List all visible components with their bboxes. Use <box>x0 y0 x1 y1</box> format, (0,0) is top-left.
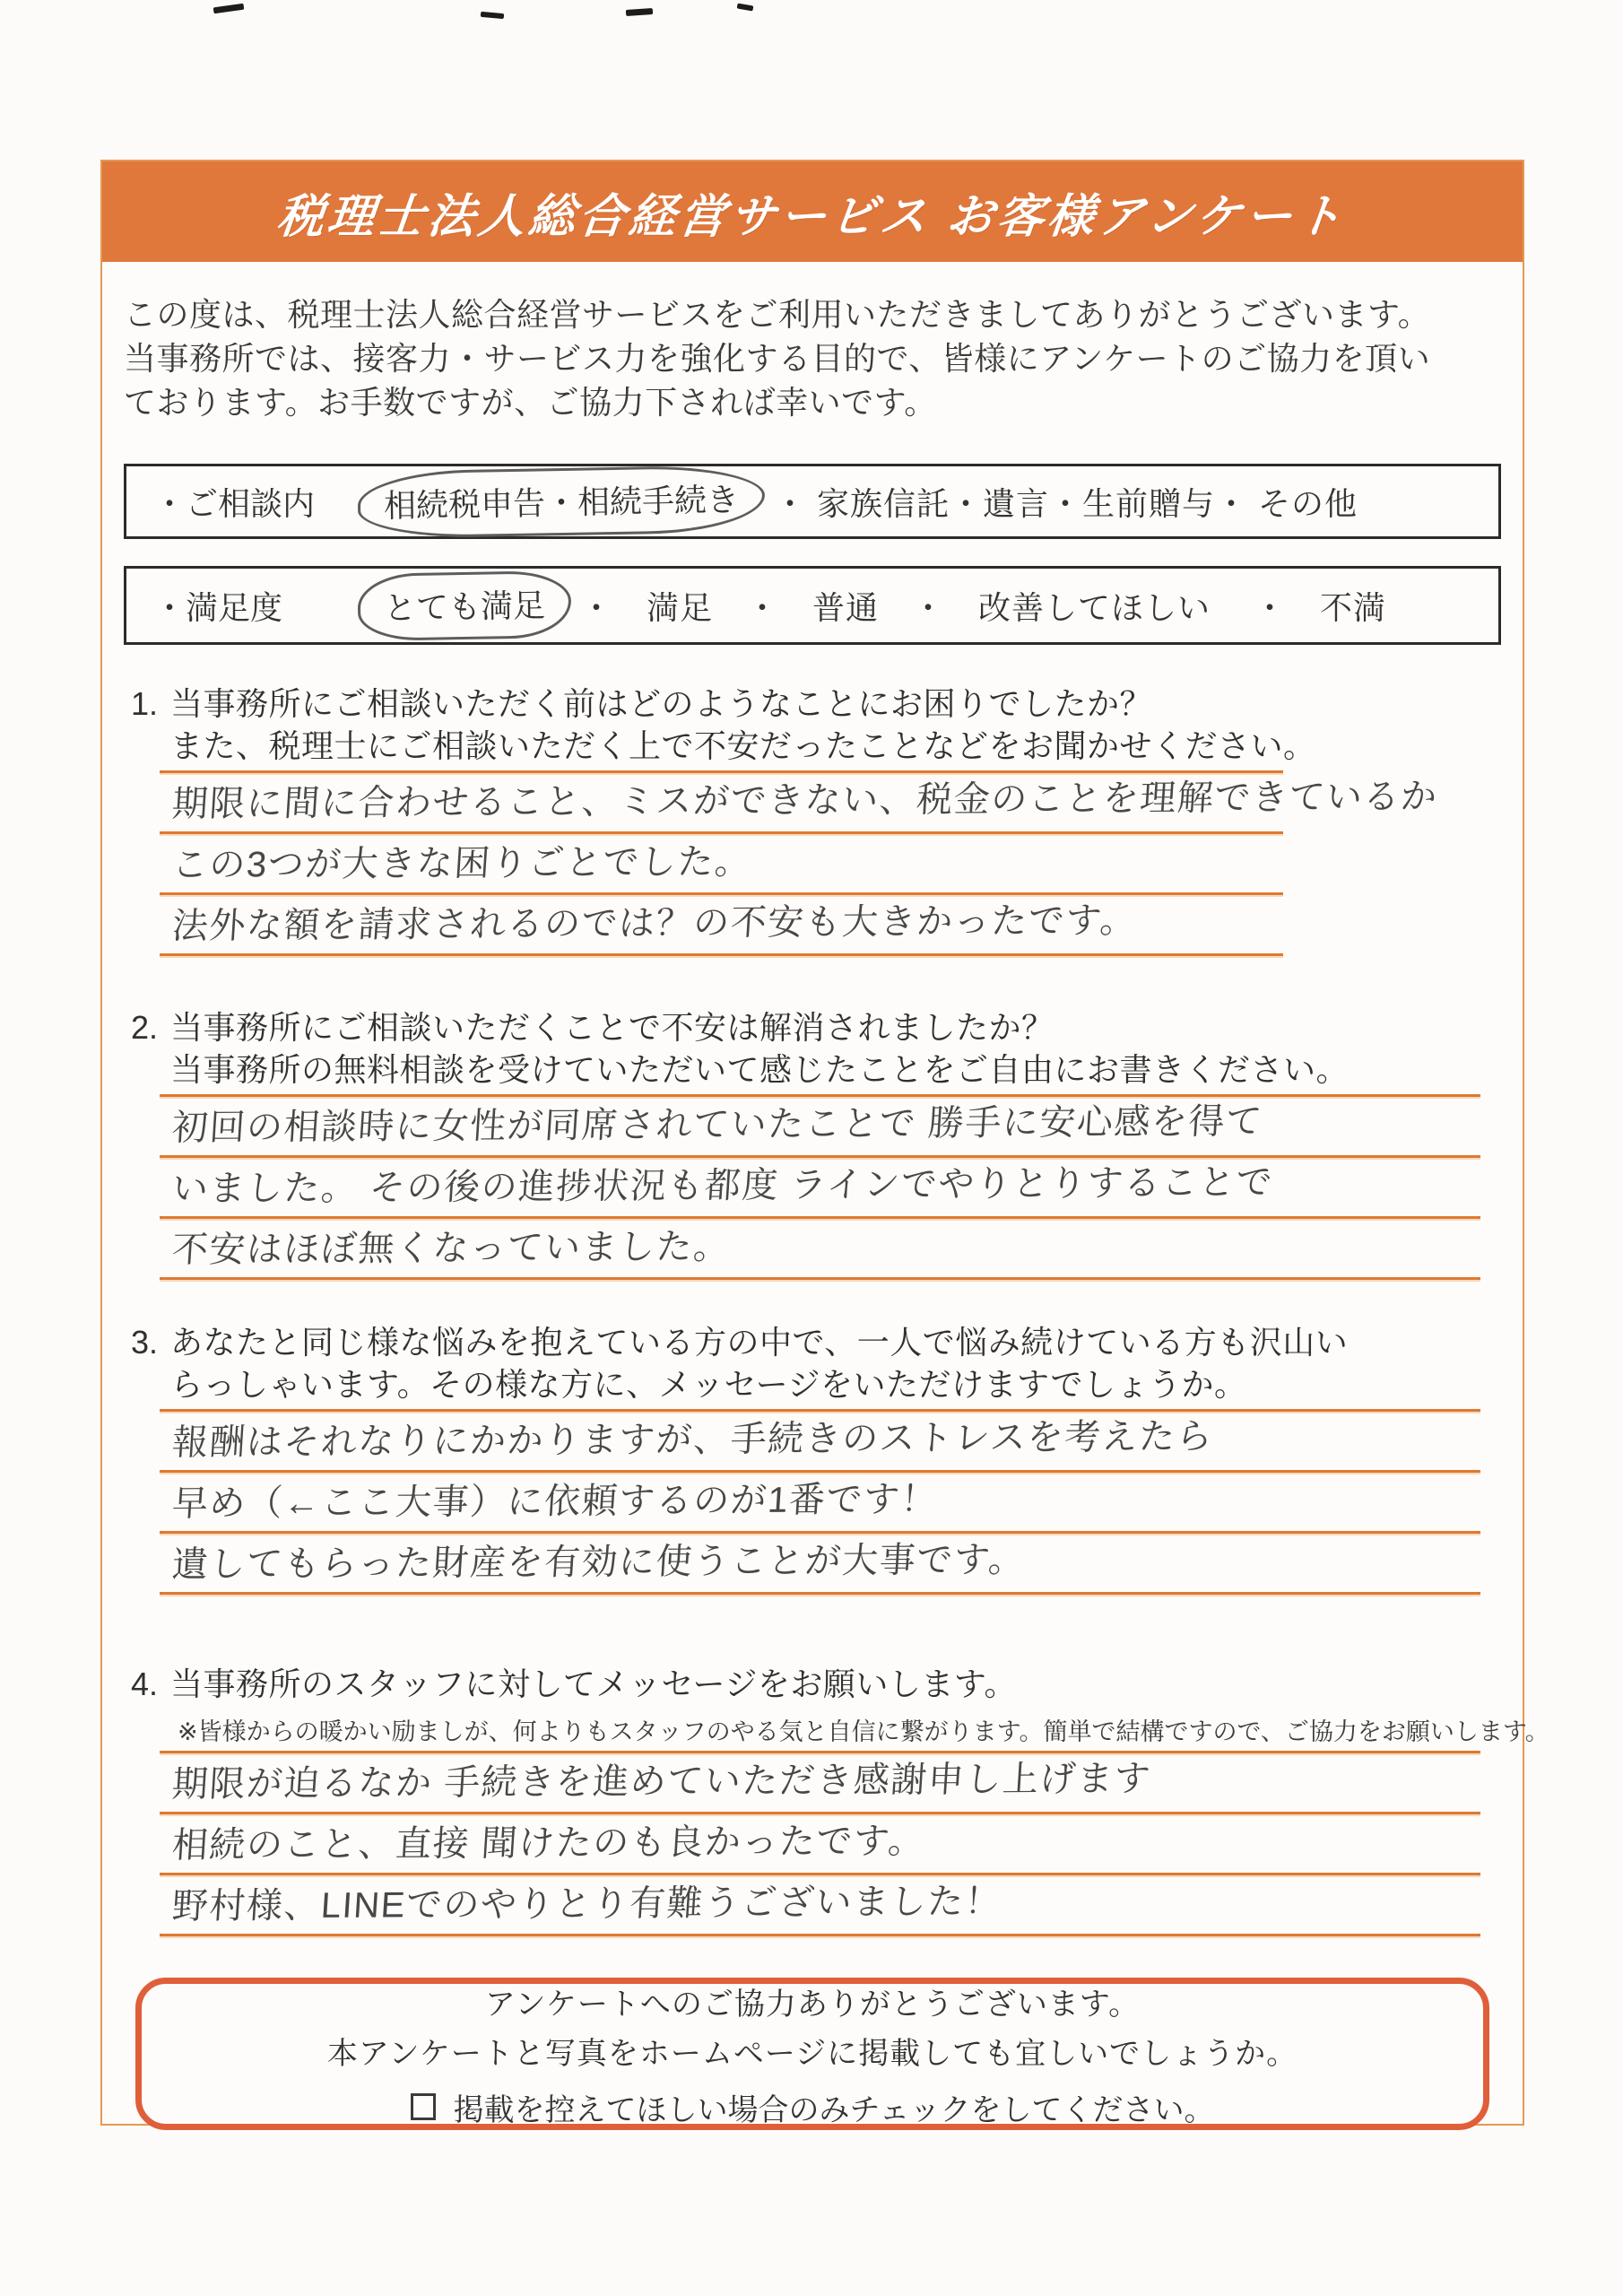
question-1-heading: 1. 当事務所にご相談いただく前はどのようなことにお困りでしたか？ また、税理士… <box>124 683 1501 767</box>
question-3-heading: 3. あなたと同じ様な悩みを抱えている方の中で、一人で悩み続けている方も沢山い … <box>124 1321 1501 1405</box>
scanned-survey-page: 〜 税理士法人総合経営サービス お客様アンケート この度は、税理士法人総合経営サ… <box>0 0 1623 2296</box>
scan-artifact <box>626 8 653 16</box>
consultation-other-options: ・ 家族信託・遺言・生前贈与・ その他 <box>774 479 1358 525</box>
question-text: 当事務所のスタッフに対してメッセージをお願いします。 <box>170 1663 1501 1705</box>
question-2-heading: 2. 当事務所にご相談いただくことで不安は解消されましたか？ 当事務所の無料相談… <box>124 1006 1501 1091</box>
question-number: 1. <box>124 683 170 767</box>
handwritten-answer-line: 野村様、LINEでのやりとり有難うございました！ <box>160 1873 1003 1934</box>
handwritten-answer-line: 遺してもらった財産を有効に使うことが大事です。 <box>160 1531 1028 1592</box>
publish-optout-row: 掲載を控えてほしい場合のみチェックをしてください。 <box>411 2085 1215 2129</box>
handwritten-answer-line: 早め（←ここ大事）に依頼するのが1番です！ <box>160 1471 940 1531</box>
handwritten-answer-line: 期限に間に合わせること、ミスができない、税金のことを理解できているか <box>160 768 1440 831</box>
form-title: 税理士法人総合経営サービス お客様アンケート <box>274 178 1350 246</box>
question-number: 3. <box>124 1321 170 1405</box>
handwritten-answer-line: 期限が迫るなか 手続きを進めていただき感謝申し上げます <box>160 1750 1153 1812</box>
consultation-type-label: ・ご相談内 <box>153 479 358 525</box>
answer-ruled-row: 不安はほぼ無くなっていました。 <box>160 1219 1480 1280</box>
publish-consent-box: アンケートへのご協力ありがとうございます。 本アンケートと写真をホームページに掲… <box>135 1978 1489 2130</box>
question-text: 当事務所にご相談いただく前はどのようなことにお困りでしたか？ また、税理士にご相… <box>170 683 1501 767</box>
footer-publish-question-line: 本アンケートと写真をホームページに掲載しても宜しいでしょうか。 <box>327 2029 1298 2073</box>
satisfaction-other-options: ・ 満足 ・ 普通 ・ 改善してほしい ・ 不満 <box>580 583 1386 629</box>
handwritten-answer-line: 初回の相談時に女性が同席されていたことで 勝手に安心感を得て <box>160 1092 1265 1155</box>
answer-ruled-row: 法外な額を請求されるのでは？の不安も大きかったです。 <box>160 895 1283 956</box>
question-text: 当事務所にご相談いただくことで不安は解消されましたか？ 当事務所の無料相談を受け… <box>170 1006 1501 1091</box>
answer-ruled-row: 初回の相談時に女性が同席されていたことで 勝手に安心感を得て <box>160 1097 1480 1158</box>
intro-line: ております。お手数ですが、ご協力下されば幸いです。 <box>124 380 1501 424</box>
handwritten-answer-line: 法外な額を請求されるのでは？の不安も大きかったです。 <box>160 891 1139 953</box>
answer-ruled-row: 期限に間に合わせること、ミスができない、税金のことを理解できているか <box>160 773 1283 834</box>
intro-paragraph: この度は、税理士法人総合経営サービスをご利用いただきましてありがとうございます。… <box>124 292 1501 424</box>
scan-artifact <box>213 4 245 14</box>
scan-artifact <box>481 12 504 19</box>
question-2-answer-area: 初回の相談時に女性が同席されていたことで 勝手に安心感を得て いました。 その後… <box>160 1094 1480 1280</box>
answer-ruled-row: いました。 その後の進捗状況も都度 ラインでやりとりすることで <box>160 1158 1480 1219</box>
answer-ruled-row: 遺してもらった財産を有効に使うことが大事です。 <box>160 1534 1480 1595</box>
question-number: 4. <box>124 1663 170 1705</box>
publish-optout-checkbox[interactable] <box>411 2093 436 2120</box>
question-3-answer-area: 報酬はそれなりにかかりますが、手続きのストレスを考えたら 早め（←ここ大事）に依… <box>160 1409 1480 1595</box>
handwritten-answer-line: いました。 その後の進捗状況も都度 ラインでやりとりすることで <box>160 1153 1275 1216</box>
handwritten-answer-line: 報酬はそれなりにかかりますが、手続きのストレスを考えたら <box>160 1408 1215 1470</box>
circled-option-souzoku: 相続税申告・相続手続き <box>357 465 765 539</box>
publish-optout-label: 掲載を控えてほしい場合のみチェックをしてください。 <box>454 2085 1215 2129</box>
handwritten-answer-line: この3つが大きな困りごとでした。 <box>160 833 753 892</box>
header-banner: 税理士法人総合経営サービス お客様アンケート <box>102 161 1523 262</box>
question-text: あなたと同じ様な悩みを抱えている方の中で、一人で悩み続けている方も沢山い らっし… <box>170 1321 1501 1405</box>
question-2: 2. 当事務所にご相談いただくことで不安は解消されましたか？ 当事務所の無料相談… <box>124 1006 1501 1280</box>
intro-line: 当事務所では、接客力・サービス力を強化する目的で、皆様にアンケートのご協力を頂い <box>124 336 1501 380</box>
satisfaction-label: ・満足度 <box>153 583 358 629</box>
intro-line: この度は、税理士法人総合経営サービスをご利用いただきましてありがとうございます。 <box>124 292 1501 336</box>
answer-ruled-row: この3つが大きな困りごとでした。 <box>160 834 1283 895</box>
question-1-answer-area: 期限に間に合わせること、ミスができない、税金のことを理解できているか この3つが… <box>160 770 1283 956</box>
question-4-note: ※皆様からの暖かい励ましが、何よりもスタッフのやる気と自信に繋がります。簡単で結… <box>124 1712 1501 1747</box>
scan-artifact <box>737 3 754 11</box>
answer-ruled-row: 報酬はそれなりにかかりますが、手続きのストレスを考えたら <box>160 1412 1480 1473</box>
question-3: 3. あなたと同じ様な悩みを抱えている方の中で、一人で悩み続けている方も沢山い … <box>124 1321 1501 1595</box>
form-content: この度は、税理士法人総合経営サービスをご利用いただきましてありがとうございます。… <box>102 292 1523 2130</box>
question-4: 4. 当事務所のスタッフに対してメッセージをお願いします。 ※皆様からの暖かい励… <box>124 1663 1501 1936</box>
consultation-type-row: ・ご相談内 相続税申告・相続手続き ・ 家族信託・遺言・生前贈与・ その他 <box>124 464 1501 539</box>
answer-ruled-row: 早め（←ここ大事）に依頼するのが1番です！ <box>160 1473 1480 1534</box>
answer-ruled-row: 相続のこと、直接 聞けたのも良かったです。 <box>160 1814 1480 1875</box>
question-1: 1. 当事務所にご相談いただく前はどのようなことにお困りでしたか？ また、税理士… <box>124 683 1501 956</box>
satisfaction-row: ・満足度 とても満足 ・ 満足 ・ 普通 ・ 改善してほしい ・ 不満 <box>124 566 1501 645</box>
question-4-heading: 4. 当事務所のスタッフに対してメッセージをお願いします。 <box>124 1663 1501 1705</box>
footer-thanks-line: アンケートへのご協力ありがとうございます。 <box>485 1979 1140 2023</box>
handwritten-answer-line: 不安はほぼ無くなっていました。 <box>160 1218 733 1277</box>
question-4-answer-area: 期限が迫るなか 手続きを進めていただき感謝申し上げます 相続のこと、直接 聞けた… <box>160 1751 1480 1936</box>
question-number: 2. <box>124 1006 170 1091</box>
form-outer-frame: 税理士法人総合経営サービス お客様アンケート この度は、税理士法人総合経営サービ… <box>100 160 1524 2126</box>
handwritten-answer-line: 相続のこと、直接 聞けたのも良かったです。 <box>160 1813 927 1873</box>
circled-option-very-satisfied: とても満足 <box>357 570 571 640</box>
answer-ruled-row: 野村様、LINEでのやりとり有難うございました！ <box>160 1875 1480 1936</box>
answer-ruled-row: 期限が迫るなか 手続きを進めていただき感謝申し上げます <box>160 1753 1480 1814</box>
